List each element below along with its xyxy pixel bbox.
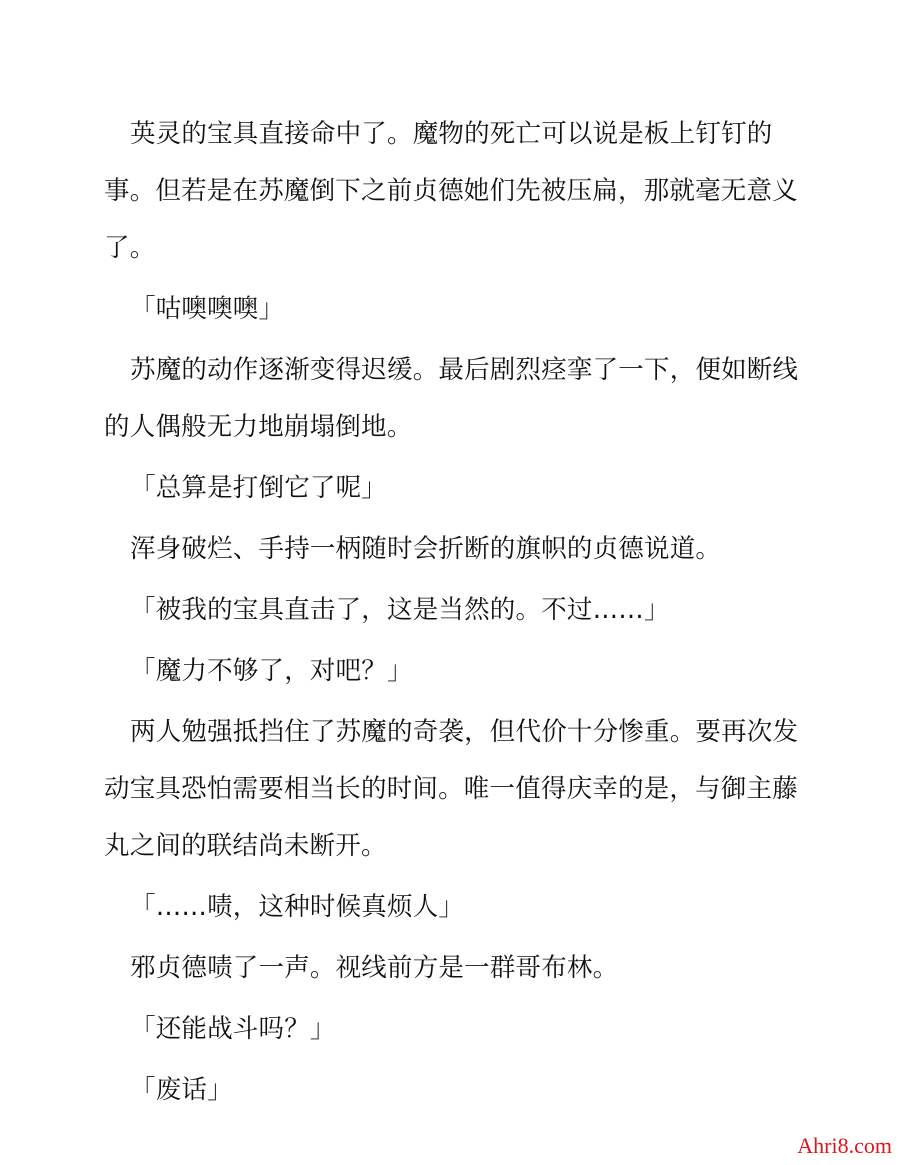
paragraph-dialogue: 「……啧，这种时候真烦人」 (104, 879, 804, 936)
watermark: Ahri8.com (797, 1133, 892, 1159)
paragraph-dialogue: 「被我的宝具直击了，这是当然的。不过……」 (104, 582, 804, 639)
paragraph-narration: 英灵的宝具直接命中了。魔物的死亡可以说是板上钉钉的事。但若是在苏魔倒下之前贞德她… (104, 106, 804, 277)
paragraph-dialogue: 「还能战斗吗？」 (104, 1001, 804, 1058)
paragraph-narration: 苏魔的动作逐渐变得迟缓。最后剧烈痉挛了一下，便如断线的人偶般无力地崩塌倒地。 (104, 342, 804, 456)
paragraph-narration: 两人勉强抵挡住了苏魔的奇袭，但代价十分惨重。要再次发动宝具恐怕需要相当长的时间。… (104, 704, 804, 875)
paragraph-dialogue: 「魔力不够了，对吧？」 (104, 643, 804, 700)
paragraph-narration: 邪贞德啧了一声。视线前方是一群哥布林。 (104, 940, 804, 997)
paragraph-dialogue: 「废话」 (104, 1062, 804, 1119)
paragraph-narration: 浑身破烂、手持一柄随时会折断的旗帜的贞德说道。 (104, 521, 804, 578)
paragraph-dialogue: 「总算是打倒它了呢」 (104, 460, 804, 517)
paragraph-dialogue: 「咕噢噢噢」 (104, 281, 804, 338)
document-body: 英灵的宝具直接命中了。魔物的死亡可以说是板上钉钉的事。但若是在苏魔倒下之前贞德她… (104, 106, 804, 1123)
